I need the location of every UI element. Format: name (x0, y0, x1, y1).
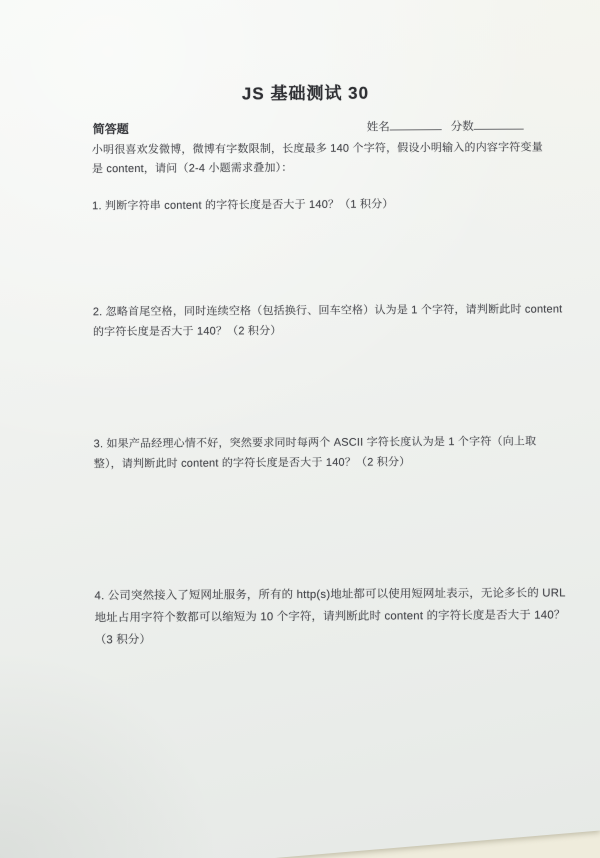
name-label: 姓名 (367, 121, 390, 133)
question-3: 3. 如果产品经理心情不好，突然要求同时每两个 ASCII 字符长度认为是 1 … (94, 432, 534, 475)
question-2-line-2: 的字符长度是否大于 140？（2 积分） (93, 320, 533, 343)
question-4: 4. 公司突然接入了短网址服务，所有的 http(s)地址都可以使用短网址表示，… (94, 583, 534, 652)
question-3-line-2: 整），请判断此时 content 的字符长度是否大于 140？（2 积分） (94, 452, 534, 475)
question-4-line-1: 4. 公司突然接入了短网址服务，所有的 http(s)地址都可以使用短网址表示，… (94, 583, 534, 608)
page-title: JS 基础测试 30 (12, 82, 598, 105)
intro-paragraph: 小明很喜欢发微博，微博有字数限制，长度最多 140 个字符，假设小明输入的内容字… (92, 139, 532, 180)
question-1: 1. 判断字符串 content 的字符长度是否大于 140？（1 积分） (92, 195, 532, 217)
page-content: JS 基础测试 30 简答题 姓名分数 小明很喜欢发微博，微博有字数限制，长度最… (0, 0, 600, 858)
question-4-line-3: （3 积分） (95, 627, 535, 652)
section-heading: 简答题 (93, 120, 129, 139)
name-score-fields: 姓名分数 (367, 117, 524, 138)
question-2-line-1: 2. 忽略首尾空格，同时连续空格（包括换行、回车空格）认为是 1 个字符，请判断… (93, 300, 533, 323)
score-blank-line (474, 117, 524, 130)
score-label: 分数 (451, 121, 474, 133)
intro-line-2: 是 content，请问（2-4 小题需求叠加）： (92, 158, 532, 180)
name-blank-line (390, 117, 442, 130)
question-3-line-1: 3. 如果产品经理心情不好，突然要求同时每两个 ASCII 字符长度认为是 1 … (94, 432, 534, 455)
paper-sheet: JS 基础测试 30 简答题 姓名分数 小明很喜欢发微博，微博有字数限制，长度最… (0, 0, 600, 858)
question-4-line-2: 地址占用字符个数都可以缩短为 10 个字符，请判断此时 content 的字符长… (95, 605, 535, 630)
intro-line-1: 小明很喜欢发微博，微博有字数限制，长度最多 140 个字符，假设小明输入的内容字… (92, 139, 532, 161)
paper-shadow-wrap: JS 基础测试 30 简答题 姓名分数 小明很喜欢发微博，微博有字数限制，长度最… (0, 0, 600, 858)
question-1-line-1: 1. 判断字符串 content 的字符长度是否大于 140？（1 积分） (92, 195, 532, 217)
question-2: 2. 忽略首尾空格，同时连续空格（包括换行、回车空格）认为是 1 个字符，请判断… (93, 300, 533, 343)
photographed-test-paper: JS 基础测试 30 简答题 姓名分数 小明很喜欢发微博，微博有字数限制，长度最… (0, 0, 600, 858)
